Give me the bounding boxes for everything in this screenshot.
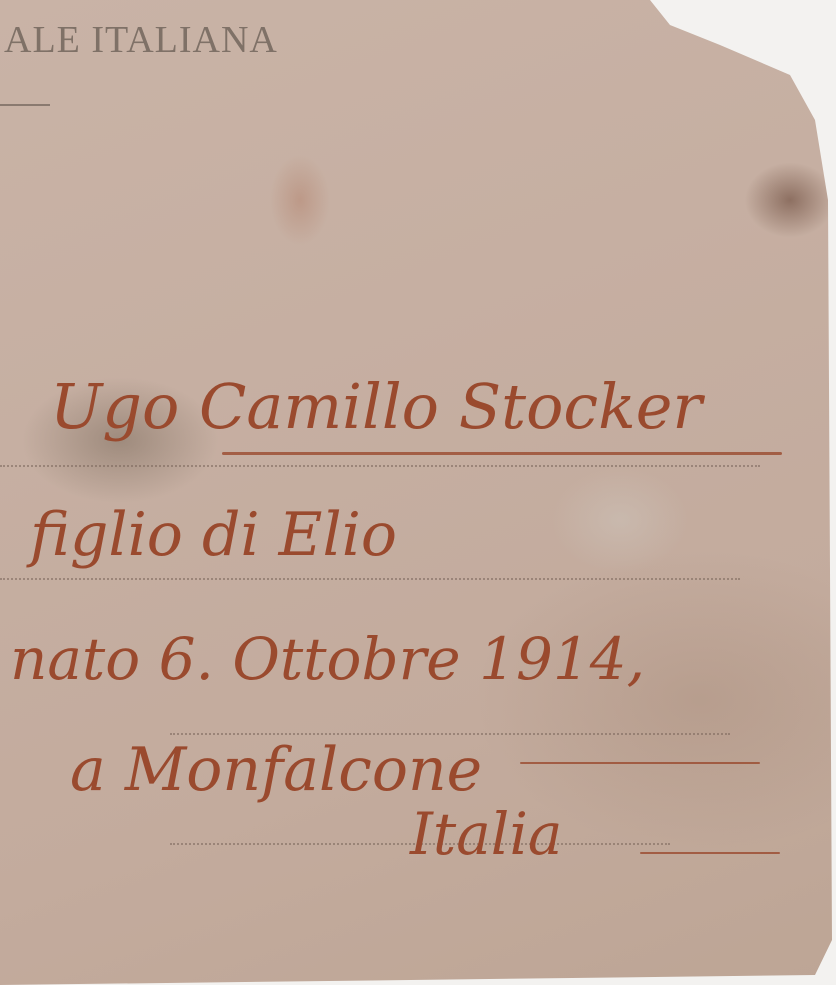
handwritten-father: figlio di Elio	[30, 500, 397, 570]
dotted-line	[0, 578, 740, 580]
handwritten-country: Italia	[410, 800, 562, 868]
dotted-line	[0, 465, 760, 467]
header-rule	[0, 104, 50, 106]
country-flourish	[640, 852, 780, 854]
birthplace-flourish	[520, 762, 760, 764]
printed-header: ALE ITALIANA	[4, 18, 278, 62]
name-underline	[222, 452, 782, 455]
handwritten-birthdate: nato 6. Ottobre 1914,	[10, 625, 645, 693]
handwritten-name: Ugo Camillo Stocker	[50, 370, 702, 443]
handwritten-birthplace: a Monfalcone	[70, 735, 482, 805]
document-card: ALE ITALIANA Ugo Camillo Stocker figlio …	[0, 0, 836, 985]
